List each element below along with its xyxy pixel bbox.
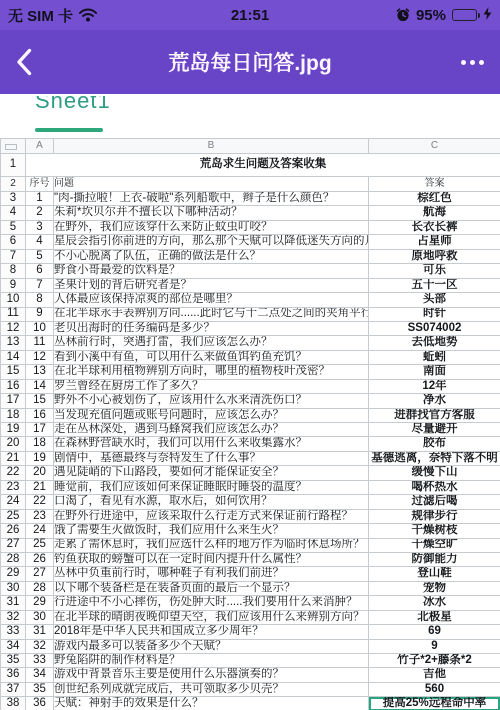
- grid-row-number: 17: [1, 394, 26, 408]
- grid-row-number: 23: [1, 480, 26, 494]
- answer-cell: 南面: [369, 365, 500, 379]
- table-row: 2220遇见陡峭的下山路段，要如何才能保证安全？缓慢下山: [1, 466, 500, 480]
- table-row: 2119剧情中，基德最终与奈特发生了什么事？基德逃离，奈特下落不明: [1, 451, 500, 465]
- answer-cell: 长衣长裤: [369, 220, 500, 234]
- table-row: 119在北半球永手表辨别方向......此时它与十二点处之间的夹角平行线时针: [1, 307, 500, 321]
- question-number-cell: 35: [26, 682, 54, 696]
- table-row: 2321睡觉前，我们应该如何来保证睡眠时睡袋的温度？喝杯热水: [1, 480, 500, 494]
- table-row: 97圣果计划的背后研究者是？五十一区: [1, 278, 500, 292]
- answer-cell: 干燥空旷: [369, 538, 500, 552]
- question-cell: 罗兰曾经在厨房工作了多久？: [54, 379, 369, 393]
- answer-cell: 占星师: [369, 235, 500, 249]
- answer-cell: 蚯蚓: [369, 350, 500, 364]
- table-row: 108人体最应该保持凉爽的部位是哪里？头部: [1, 293, 500, 307]
- answer-cell: 棕红色: [369, 192, 500, 206]
- image-preview-viewport[interactable]: Sheet1 A B C 1 荒岛求生问题及答案收集 2: [0, 96, 500, 710]
- question-number-cell: 29: [26, 596, 54, 610]
- grid-row-number: 21: [1, 451, 26, 465]
- question-cell: 野兔陷阱的制作材料是？: [54, 654, 369, 668]
- answer-cell: 时针: [369, 307, 500, 321]
- question-number-cell: 36: [26, 697, 54, 710]
- column-letters-row: A B C: [1, 139, 500, 154]
- question-number-cell: 13: [26, 365, 54, 379]
- table-row: 1412看到小溪中有鱼，可以用什么来做鱼饵钓鱼充饥？蚯蚓: [1, 350, 500, 364]
- answer-cell: 69: [369, 625, 500, 639]
- table-row: 2422口渴了，看见有水源，取水后，如何饮用？过滤后喝: [1, 495, 500, 509]
- table-row: 2624饿了需要生火做饭时，我们应用什么来生火？干燥树枝: [1, 524, 500, 538]
- carrier-label: 无 SIM 卡: [8, 5, 73, 26]
- wifi-icon: [79, 8, 97, 22]
- question-number-cell: 27: [26, 567, 54, 581]
- header-answer: 答案: [369, 177, 500, 192]
- question-number-cell: 18: [26, 437, 54, 451]
- answer-cell: 9: [369, 639, 500, 653]
- select-all-corner: [1, 139, 26, 154]
- question-number-cell: 8: [26, 293, 54, 307]
- answer-cell: 冰水: [369, 596, 500, 610]
- answer-cell: 可乐: [369, 264, 500, 278]
- table-row: 1513在北半球利用植物辨别方向时，哪里的植物枝叶茂密？南面: [1, 365, 500, 379]
- answer-cell: 宠物: [369, 581, 500, 595]
- answer-cell: 头部: [369, 293, 500, 307]
- table-row: 2826钓鱼获取的螃蟹可以在一定时间内提升什么属性？防御能力: [1, 552, 500, 566]
- question-cell: 在森林野营缺水时，我们可以用什么来收集露水？: [54, 437, 369, 451]
- table-row: 3432游戏内最多可以装备多少个天赋？9: [1, 639, 500, 653]
- answer-cell: 北极星: [369, 610, 500, 624]
- table-row: 1816当发现充值问题或账号问题时，应该怎么办？进群找官方客服: [1, 408, 500, 422]
- grid-row-number: 2: [1, 177, 26, 192]
- answer-cell: 进群找官方客服: [369, 408, 500, 422]
- question-cell: 创世纪系列成就完成后，共可领取多少贝壳？: [54, 682, 369, 696]
- grid-row-number: 32: [1, 610, 26, 624]
- table-row: 2523在野外行进途中，应该采取什么行走方式来保证前行路程？规律步行: [1, 509, 500, 523]
- question-number-cell: 33: [26, 654, 54, 668]
- question-number-cell: 5: [26, 249, 54, 263]
- grid-row-number: 26: [1, 524, 26, 538]
- question-number-cell: 19: [26, 451, 54, 465]
- table-row: 3634游戏中背景音乐主要是使用什么乐器演奏的？吉他: [1, 668, 500, 682]
- answer-cell: 净水: [369, 394, 500, 408]
- table-row: 53在野外，我们应该穿什么来防止蚊虫叮咬？长衣长裤: [1, 220, 500, 234]
- table-row: 3533野兔陷阱的制作材料是？竹子*2+藤条*2: [1, 654, 500, 668]
- question-cell: 口渴了，看见有水源，取水后，如何饮用？: [54, 495, 369, 509]
- question-cell: 睡觉前，我们应该如何来保证睡眠时睡袋的温度？: [54, 480, 369, 494]
- column-letter-a: A: [26, 139, 54, 154]
- question-number-cell: 11: [26, 336, 54, 350]
- spreadsheet: A B C 1 荒岛求生问题及答案收集 2 序号 问题 答案 31"肉-撕拉啦！…: [0, 138, 500, 710]
- alarm-clock-icon: [396, 8, 410, 22]
- question-cell: 不小心脱离了队伍，正确的做法是什么？: [54, 249, 369, 263]
- question-number-cell: 32: [26, 639, 54, 653]
- grid-row-number: 9: [1, 278, 26, 292]
- answer-cell: 干燥树枝: [369, 524, 500, 538]
- answer-cell: 过滤后喝: [369, 495, 500, 509]
- nav-bar: 荒岛每日问答.jpg: [0, 30, 500, 94]
- grid-row-number: 22: [1, 466, 26, 480]
- question-cell: 人体最应该保持凉爽的部位是哪里？: [54, 293, 369, 307]
- column-letter-c: C: [369, 139, 500, 154]
- grid-row-number: 30: [1, 581, 26, 595]
- question-number-cell: 24: [26, 524, 54, 538]
- question-number-cell: 4: [26, 235, 54, 249]
- question-cell: 天赋：神射手的效果是什么？: [54, 697, 369, 710]
- answer-cell: 基德逃离，奈特下落不明: [369, 451, 500, 465]
- table-row: 2725走累了需休息时，我们应选什么样的地方作为临时休息场所？干燥空旷: [1, 538, 500, 552]
- grid-row-number: 24: [1, 495, 26, 509]
- grid-row-number: 15: [1, 365, 26, 379]
- answer-cell: 尽量避开: [369, 423, 500, 437]
- battery-icon: [452, 9, 477, 21]
- grid-row-number: 20: [1, 437, 26, 451]
- question-cell: 野外不小心被划伤了，应该用什么水来清洗伤口？: [54, 394, 369, 408]
- answer-cell: 规律步行: [369, 509, 500, 523]
- question-number-cell: 9: [26, 307, 54, 321]
- answer-cell: 航海: [369, 206, 500, 220]
- grid-row-number: 31: [1, 596, 26, 610]
- question-number-cell: 14: [26, 379, 54, 393]
- question-cell: 在北半球永手表辨别方向......此时它与十二点处之间的夹角平行线: [54, 307, 369, 321]
- answer-cell: 防御能力: [369, 552, 500, 566]
- grid-row-number: 38: [1, 697, 26, 710]
- table-row: 33312018年是中华人民共和国成立多少周年？69: [1, 625, 500, 639]
- question-number-cell: 16: [26, 408, 54, 422]
- grid-row-number: 3: [1, 192, 26, 206]
- grid-row-number: 11: [1, 307, 26, 321]
- grid-row-number: 10: [1, 293, 26, 307]
- answer-cell: 12年: [369, 379, 500, 393]
- grid-row-number: 33: [1, 625, 26, 639]
- table-row: 31"肉-撕拉啦！上衣-破啦"系列船歌中，辫子是什么颜色？棕红色: [1, 192, 500, 206]
- status-bar: 无 SIM 卡 21:51 95%: [0, 0, 500, 30]
- question-number-cell: 20: [26, 466, 54, 480]
- grid-row-number: 34: [1, 639, 26, 653]
- answer-cell: 胶布: [369, 437, 500, 451]
- grid-row-number: 8: [1, 264, 26, 278]
- grid-row-number: 5: [1, 220, 26, 234]
- table-row: 3230在北半球的晴朗夜晚仰望天空，我们应该用什么来辨别方向？北极星: [1, 610, 500, 624]
- question-cell: 走在丛林深处，遇到马蜂窝我们应该怎么办？: [54, 423, 369, 437]
- question-cell: 在北半球利用植物辨别方向时，哪里的植物枝叶茂密？: [54, 365, 369, 379]
- question-cell: 走累了需休息时，我们应选什么样的地方作为临时休息场所？: [54, 538, 369, 552]
- question-cell: "肉-撕拉啦！上衣-破啦"系列船歌中，辫子是什么颜色？: [54, 192, 369, 206]
- question-cell: 行进途中不小心摔伤，伤处肿大时.....我们要用什么来消肿？: [54, 596, 369, 610]
- answer-cell: 去低地势: [369, 336, 500, 350]
- question-number-cell: 26: [26, 552, 54, 566]
- sheet-tab-label: Sheet1: [35, 96, 500, 112]
- question-cell: 野食小哥最爱的饮料是？: [54, 264, 369, 278]
- question-cell: 星辰会指引你前进的方向，那么那个天赋可以降低迷失方向的几: [54, 235, 369, 249]
- answer-cell: 原地呼救: [369, 249, 500, 263]
- question-number-cell: 34: [26, 668, 54, 682]
- answer-cell-selected: 提高25%远程命中率: [369, 697, 500, 710]
- grid-row-number: 1: [1, 154, 26, 177]
- answer-cell: 竹子*2+藤条*2: [369, 654, 500, 668]
- grid-row-number: 27: [1, 538, 26, 552]
- table-row: 2927丛林中负重前行时，哪种鞋子有利我们前进？登山鞋: [1, 567, 500, 581]
- answer-cell: 吉他: [369, 668, 500, 682]
- grid-row-number: 25: [1, 509, 26, 523]
- question-cell: 在野外，我们应该穿什么来防止蚊虫叮咬？: [54, 220, 369, 234]
- header-question: 问题: [54, 177, 369, 192]
- page-title: 荒岛每日问答.jpg: [60, 47, 440, 77]
- question-number-cell: 7: [26, 278, 54, 292]
- question-number-cell: 23: [26, 509, 54, 523]
- more-options-button[interactable]: [461, 60, 484, 65]
- table-row: 3836天赋：神射手的效果是什么？提高25%远程命中率: [1, 697, 500, 710]
- question-cell: 老贝出海时的任务编码是多少？: [54, 321, 369, 335]
- question-number-cell: 28: [26, 581, 54, 595]
- question-cell: 2018年是中华人民共和国成立多少周年？: [54, 625, 369, 639]
- sheet-title-row: 1 荒岛求生问题及答案收集: [1, 154, 500, 177]
- answer-cell: 五十一区: [369, 278, 500, 292]
- charging-bolt-icon: [483, 7, 492, 24]
- question-number-cell: 15: [26, 394, 54, 408]
- question-cell: 游戏中背景音乐主要是使用什么乐器演奏的？: [54, 668, 369, 682]
- question-number-cell: 25: [26, 538, 54, 552]
- question-cell: 在北半球的晴朗夜晚仰望天空，我们应该用什么来辨别方向？: [54, 610, 369, 624]
- question-cell: 当发现充值问题或账号问题时，应该怎么办？: [54, 408, 369, 422]
- table-row: 64星辰会指引你前进的方向，那么那个天赋可以降低迷失方向的几占星师: [1, 235, 500, 249]
- question-number-cell: 10: [26, 321, 54, 335]
- table-row: 1614罗兰曾经在厨房工作了多久？12年: [1, 379, 500, 393]
- table-row: 3129行进途中不小心摔伤，伤处肿大时.....我们要用什么来消肿？冰水: [1, 596, 500, 610]
- grid-row-number: 12: [1, 321, 26, 335]
- grid-row-number: 35: [1, 654, 26, 668]
- question-number-cell: 6: [26, 264, 54, 278]
- answer-cell: 缓慢下山: [369, 466, 500, 480]
- question-number-cell: 22: [26, 495, 54, 509]
- question-cell: 钓鱼获取的螃蟹可以在一定时间内提升什么属性？: [54, 552, 369, 566]
- sheet-tab: Sheet1: [35, 96, 500, 112]
- question-cell: 遇见陡峭的下山路段，要如何才能保证安全？: [54, 466, 369, 480]
- answer-cell: 登山鞋: [369, 567, 500, 581]
- grid-row-number: 6: [1, 235, 26, 249]
- grid-row-number: 29: [1, 567, 26, 581]
- table-row: 42朱莉*坎贝尔并不擅长以下哪种活动？航海: [1, 206, 500, 220]
- question-cell: 饿了需要生火做饭时，我们应用什么来生火？: [54, 524, 369, 538]
- grid-row-number: 14: [1, 350, 26, 364]
- grid-row-number: 13: [1, 336, 26, 350]
- question-number-cell: 12: [26, 350, 54, 364]
- table-row: 3028以下哪个装备栏是在装备页面的最后一个显示？宠物: [1, 581, 500, 595]
- table-row: 3735创世纪系列成就完成后，共可领取多少贝壳？560: [1, 682, 500, 696]
- chevron-left-icon: [16, 48, 32, 76]
- question-number-cell: 1: [26, 192, 54, 206]
- table-row: 1210老贝出海时的任务编码是多少？SS074002: [1, 321, 500, 335]
- question-cell: 剧情中，基德最终与奈特发生了什么事？: [54, 451, 369, 465]
- column-letter-b: B: [54, 139, 369, 154]
- table-row: 86野食小哥最爱的饮料是？可乐: [1, 264, 500, 278]
- battery-percent-label: 95%: [416, 7, 446, 24]
- grid-row-number: 37: [1, 682, 26, 696]
- grid-row-number: 36: [1, 668, 26, 682]
- column-headers-row: 2 序号 问题 答案: [1, 177, 500, 192]
- sheet-tab-area: Sheet1: [0, 96, 500, 138]
- table-row: 1917走在丛林深处，遇到马蜂窝我们应该怎么办？尽量避开: [1, 423, 500, 437]
- header-no: 序号: [26, 177, 54, 192]
- table-row: 75不小心脱离了队伍，正确的做法是什么？原地呼救: [1, 249, 500, 263]
- answer-cell: 喝杯热水: [369, 480, 500, 494]
- question-cell: 游戏内最多可以装备多少个天赋？: [54, 639, 369, 653]
- table-row: 2018在森林野营缺水时，我们可以用什么来收集露水？胶布: [1, 437, 500, 451]
- ellipsis-icon: [461, 60, 466, 65]
- question-number-cell: 3: [26, 220, 54, 234]
- table-row: 1715野外不小心被划伤了，应该用什么水来清洗伤口？净水: [1, 394, 500, 408]
- grid-row-number: 28: [1, 552, 26, 566]
- question-cell: 圣果计划的背后研究者是？: [54, 278, 369, 292]
- question-cell: 以下哪个装备栏是在装备页面的最后一个显示？: [54, 581, 369, 595]
- question-number-cell: 17: [26, 423, 54, 437]
- question-cell: 朱莉*坎贝尔并不擅长以下哪种活动？: [54, 206, 369, 220]
- table-row: 1311丛林前行时，突遇打雷，我们应该怎么办？去低地势: [1, 336, 500, 350]
- grid-row-number: 7: [1, 249, 26, 263]
- question-cell: 在野外行进途中，应该采取什么行走方式来保证前行路程？: [54, 509, 369, 523]
- sheet-title-cell: 荒岛求生问题及答案收集: [26, 154, 500, 177]
- question-number-cell: 30: [26, 610, 54, 624]
- question-cell: 丛林中负重前行时，哪种鞋子有利我们前进？: [54, 567, 369, 581]
- grid-row-number: 18: [1, 408, 26, 422]
- question-cell: 丛林前行时，突遇打雷，我们应该怎么办？: [54, 336, 369, 350]
- screen: 无 SIM 卡 21:51 95%: [0, 0, 500, 710]
- grid-row-number: 19: [1, 423, 26, 437]
- sheet-tab-underline: [35, 128, 103, 132]
- question-number-cell: 21: [26, 480, 54, 494]
- answer-cell: 560: [369, 682, 500, 696]
- question-number-cell: 2: [26, 206, 54, 220]
- answer-cell: SS074002: [369, 321, 500, 335]
- grid-row-number: 4: [1, 206, 26, 220]
- question-cell: 看到小溪中有鱼，可以用什么来做鱼饵钓鱼充饥？: [54, 350, 369, 364]
- question-number-cell: 31: [26, 625, 54, 639]
- grid-row-number: 16: [1, 379, 26, 393]
- back-button[interactable]: [16, 48, 46, 76]
